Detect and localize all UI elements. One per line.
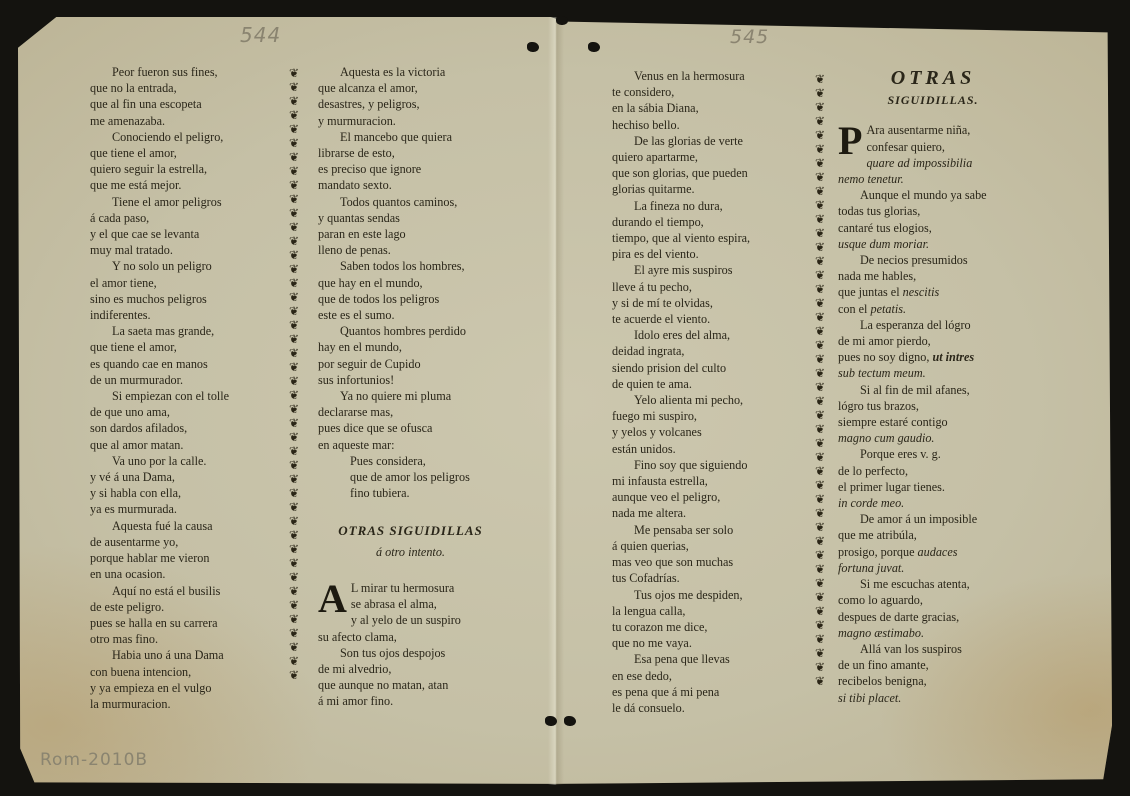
verse-line: despues de darte gracias, [838, 609, 1028, 625]
verse-line: Tus ojos me despiden, [612, 587, 802, 603]
fleuron-icon: ❦ [287, 668, 301, 682]
verse-line: que son glorias, que pueden [612, 165, 802, 181]
fleuron-icon: ❦ [287, 430, 301, 444]
binding-hole [556, 16, 568, 25]
verse-line: de un murmurador. [90, 372, 270, 388]
verse-line: fortuna juvat. [838, 560, 1028, 576]
verse-line: que de amor los peligros [350, 469, 503, 485]
verse-line: tiempo, que al viento espira, [612, 230, 802, 246]
verse-line: Idolo eres del alma, [612, 327, 802, 343]
verse-line: que al amor matan. [90, 437, 270, 453]
verse-line: cantaré tus elogios, [838, 220, 1028, 236]
fleuron-icon: ❦ [287, 192, 301, 206]
fleuron-icon: ❦ [287, 570, 301, 584]
fleuron-icon: ❦ [287, 458, 301, 472]
fleuron-icon: ❦ [287, 220, 301, 234]
fleuron-icon: ❦ [813, 506, 827, 520]
fleuron-icon: ❦ [813, 72, 827, 86]
fleuron-icon: ❦ [813, 268, 827, 282]
verse-line: son dardos afilados, [90, 420, 270, 436]
verse-line: Ara ausentarme niña, [838, 122, 1028, 138]
verse-line: Porque eres v. g. [838, 446, 1028, 462]
verse-line: es quando cae en manos [90, 356, 270, 372]
verse-line: La fineza no dura, [612, 198, 802, 214]
verse-line: Peor fueron sus fines, [90, 64, 270, 80]
verse-line: quiero apartarme, [612, 149, 802, 165]
verse-line: De las glorias de verte [612, 133, 802, 149]
verse-line: y vé á una Dama, [90, 469, 270, 485]
verse-line: y quantas sendas [318, 210, 503, 226]
fleuron-icon: ❦ [287, 416, 301, 430]
fleuron-icon: ❦ [287, 80, 301, 94]
verse-line: indiferentes. [90, 307, 270, 323]
verse-line: este es el sumo. [318, 307, 503, 323]
verse-line: pues dice que se ofusca [318, 420, 503, 436]
binding-hole [564, 716, 576, 726]
binding-hole [588, 42, 600, 52]
verse-line: Tiene el amor peligros [90, 194, 270, 210]
fleuron-icon: ❦ [287, 598, 301, 612]
verse-line: hay en el mundo, [318, 339, 503, 355]
verse-line: hechiso bello. [612, 117, 802, 133]
fleuron-icon: ❦ [813, 100, 827, 114]
verse-line: Pues considera, [350, 453, 503, 469]
verse-line: en una ocasion. [90, 566, 270, 582]
fleuron-icon: ❦ [813, 380, 827, 394]
fleuron-icon: ❦ [813, 212, 827, 226]
verse-line: que no me vaya. [612, 635, 802, 651]
fleuron-icon: ❦ [287, 346, 301, 360]
verse-line: magno æstimabo. [838, 625, 1028, 641]
verse-line: lógro tus brazos, [838, 398, 1028, 414]
fleuron-icon: ❦ [287, 234, 301, 248]
fleuron-icon: ❦ [287, 94, 301, 108]
verse-line: pues se halla en su carrera [90, 615, 270, 631]
fleuron-icon: ❦ [813, 254, 827, 268]
verse-line: en aqueste mar: [318, 437, 503, 453]
handwritten-page-number-right: 545 [730, 26, 769, 48]
left-page-column-1: Peor fueron sus fines,que no la entrada,… [90, 64, 270, 712]
fleuron-icon: ❦ [287, 164, 301, 178]
verse-line: Fino soy que siguiendo [612, 457, 802, 473]
verse-line: Aquesta fué la causa [90, 518, 270, 534]
verse-line: tus Cofadrías. [612, 570, 802, 586]
verse-line: que alcanza el amor, [318, 80, 503, 96]
verse-line: están unidos. [612, 441, 802, 457]
verse-line: y yelos y volcanes [612, 424, 802, 440]
fleuron-icon: ❦ [287, 374, 301, 388]
verse-line: y murmuracion. [318, 113, 503, 129]
verse-line: que aunque no matan, atan [318, 677, 503, 693]
verse-line: declararse mas, [318, 404, 503, 420]
verse-line: aunque veo el peligro, [612, 489, 802, 505]
verse-line: Si al fin de mil afanes, [838, 382, 1028, 398]
verse-line: Allá van los suspiros [838, 641, 1028, 657]
verse-line: pues no soy digno, ut intres [838, 349, 1028, 365]
verse-line: otro mas fino. [90, 631, 270, 647]
fleuron-icon: ❦ [287, 640, 301, 654]
verse-line: librarse de esto, [318, 145, 503, 161]
section-subtitle: SIGUIDILLAS. [838, 92, 1028, 108]
right-page-column-2: OTRAS SIGUIDILLAS. P Ara ausentarme niña… [838, 70, 1028, 706]
verse-line: Saben todos los hombres, [318, 258, 503, 274]
verse-line: su afecto clama, [318, 629, 503, 645]
verse-line: que hay en el mundo, [318, 275, 503, 291]
verse-line: de ausentarme yo, [90, 534, 270, 550]
fleuron-icon: ❦ [287, 290, 301, 304]
section-title: OTRAS SIGUIDILLAS [318, 523, 503, 539]
verse-line: Esa pena que llevas [612, 651, 802, 667]
verse-line: La saeta mas grande, [90, 323, 270, 339]
fleuron-icon: ❦ [287, 136, 301, 150]
verse-line: sus infortunios! [318, 372, 503, 388]
fleuron-icon: ❦ [813, 492, 827, 506]
handwritten-catalog-mark: Rom-2010B [40, 750, 148, 770]
verse-line: Yelo alienta mi pecho, [612, 392, 802, 408]
fleuron-icon: ❦ [813, 240, 827, 254]
verse-line: de mi amor pierdo, [838, 333, 1028, 349]
verse-line: en ese dedo, [612, 668, 802, 684]
verse-line: el primer lugar tienes. [838, 479, 1028, 495]
verse-line: que al fin una escopeta [90, 96, 270, 112]
fleuron-icon: ❦ [813, 562, 827, 576]
verse-line: me amenazaba. [90, 113, 270, 129]
fleuron-icon: ❦ [813, 646, 827, 660]
fleuron-icon: ❦ [813, 184, 827, 198]
fleuron-icon: ❦ [813, 660, 827, 674]
verse-line: con el petatis. [838, 301, 1028, 317]
verse-line: te considero, [612, 84, 802, 100]
verse-line: siendo prision del culto [612, 360, 802, 376]
verse-line: si tibi placet. [838, 690, 1028, 706]
verse-line: pira es del viento. [612, 246, 802, 262]
fleuron-icon: ❦ [813, 604, 827, 618]
fleuron-icon: ❦ [813, 464, 827, 478]
verse-line: siempre estaré contigo [838, 414, 1028, 430]
fleuron-icon: ❦ [813, 282, 827, 296]
center-fold [548, 17, 564, 785]
section-subtitle: á otro intento. [318, 544, 503, 560]
verse-line: paran en este lago [318, 226, 503, 242]
verse-line: con buena intencion, [90, 664, 270, 680]
fleuron-icon: ❦ [287, 612, 301, 626]
verse-line: á quien querias, [612, 538, 802, 554]
verse-line: de quien te ama. [612, 376, 802, 392]
fleuron-icon: ❦ [287, 108, 301, 122]
verse-line: de mi alvedrio, [318, 661, 503, 677]
verse-line: durando el tiempo, [612, 214, 802, 230]
verse-line: mandato sexto. [318, 177, 503, 193]
handwritten-page-number-left: 544 [240, 23, 281, 47]
verse-line: quiero seguir la estrella, [90, 161, 270, 177]
fleuron-icon: ❦ [287, 360, 301, 374]
fleuron-icon: ❦ [813, 156, 827, 170]
verse-line: como lo aguardo, [838, 592, 1028, 608]
fleuron-icon: ❦ [813, 324, 827, 338]
verse-line: que me atribúla, [838, 527, 1028, 543]
verse-line: De amor á un imposible [838, 511, 1028, 527]
fleuron-icon: ❦ [813, 394, 827, 408]
verse-line: la murmuracion. [90, 696, 270, 712]
verse-line: fino tubiera. [350, 485, 503, 501]
verse-line: es pena que á mi pena [612, 684, 802, 700]
verse-line: De necios presumidos [838, 252, 1028, 268]
fleuron-icon: ❦ [813, 436, 827, 450]
fleuron-icon: ❦ [287, 584, 301, 598]
verse-line: sub tectum meum. [838, 365, 1028, 381]
fleuron-icon: ❦ [287, 262, 301, 276]
verse-line: el amor tiene, [90, 275, 270, 291]
binding-hole [545, 716, 557, 726]
verse-line: mi infausta estrella, [612, 473, 802, 489]
verse-line: de este peligro. [90, 599, 270, 615]
verse-line: confesar quiero, [838, 139, 1028, 155]
fleuron-icon: ❦ [287, 318, 301, 332]
section-title: OTRAS [838, 70, 1028, 86]
fleuron-icon: ❦ [287, 444, 301, 458]
verse-line: ya es murmurada. [90, 501, 270, 517]
verse-line: y si habla con ella, [90, 485, 270, 501]
fleuron-icon: ❦ [287, 276, 301, 290]
fleuron-icon: ❦ [813, 408, 827, 422]
fleuron-icon: ❦ [813, 296, 827, 310]
verse-line: todas tus glorias, [838, 203, 1028, 219]
verse-line: Si empiezan con el tolle [90, 388, 270, 404]
section-poem: A L mirar tu hermosurase abrasa el alma,… [318, 580, 503, 710]
verse-line: que de todos los peligros [318, 291, 503, 307]
verse-line: sino es muchos peligros [90, 291, 270, 307]
fleuron-icon: ❦ [813, 520, 827, 534]
verse-line: nada me altera. [612, 505, 802, 521]
fleuron-icon: ❦ [813, 632, 827, 646]
fleuron-icon: ❦ [287, 248, 301, 262]
poem-stanzas: Aquesta es la victoriaque alcanza el amo… [318, 64, 503, 453]
drop-cap: A [318, 582, 347, 616]
fleuron-icon: ❦ [287, 66, 301, 80]
fleuron-icon: ❦ [287, 332, 301, 346]
verse-line: Quantos hombres perdido [318, 323, 503, 339]
fleuron-icon: ❦ [813, 590, 827, 604]
verse-line: Habia uno á una Dama [90, 647, 270, 663]
verse-line: lleve á tu pecho, [612, 279, 802, 295]
fleuron-icon: ❦ [813, 534, 827, 548]
verse-line: Aquesta es la victoria [318, 64, 503, 80]
fleuron-icon: ❦ [813, 422, 827, 436]
verse-line: Aunque el mundo ya sabe [838, 187, 1028, 203]
verse-line: te acuerde el viento. [612, 311, 802, 327]
verse-line: Me pensaba ser solo [612, 522, 802, 538]
fleuron-icon: ❦ [287, 542, 301, 556]
verse-line: le dá consuelo. [612, 700, 802, 716]
verse-line: que tiene el amor, [90, 339, 270, 355]
verse-line: por seguir de Cupido [318, 356, 503, 372]
verse-line: nada me hables, [838, 268, 1028, 284]
verse-line: prosigo, porque audaces [838, 544, 1028, 560]
fleuron-icon: ❦ [287, 206, 301, 220]
right-page-column-1: Venus en la hermosurate considero,en la … [612, 68, 802, 716]
drop-cap: P [838, 124, 862, 158]
fleuron-icon: ❦ [813, 226, 827, 240]
verse-line: en la sábia Diana, [612, 100, 802, 116]
verse-line: Va uno por la calle. [90, 453, 270, 469]
verse-line: Conociendo el peligro, [90, 129, 270, 145]
verse-line: porque hablar me vieron [90, 550, 270, 566]
left-page-column-2: Aquesta es la victoriaque alcanza el amo… [318, 64, 503, 710]
verse-line: Aquí no está el busilis [90, 583, 270, 599]
fleuron-icon: ❦ [287, 528, 301, 542]
verse-line: y ya empieza en el vulgo [90, 680, 270, 696]
fleuron-icon: ❦ [287, 514, 301, 528]
verse-line: glorias quitarme. [612, 181, 802, 197]
fleuron-icon: ❦ [813, 366, 827, 380]
verse-line: deidad ingrata, [612, 343, 802, 359]
verse-line: á cada paso, [90, 210, 270, 226]
poem-body: P Ara ausentarme niña,confesar quiero,qu… [838, 122, 1028, 705]
verse-line: magno cum gaudio. [838, 430, 1028, 446]
verse-line: recibelos benigna, [838, 673, 1028, 689]
verse-line: tu corazon me dice, [612, 619, 802, 635]
verse-line: mas veo que son muchas [612, 554, 802, 570]
verse-line: El ayre mis suspiros [612, 262, 802, 278]
fleuron-icon: ❦ [287, 304, 301, 318]
verse-line: Ya no quiere mi pluma [318, 388, 503, 404]
verse-line: La esperanza del lógro [838, 317, 1028, 333]
fleuron-icon: ❦ [813, 114, 827, 128]
verse-line: y si de mí te olvidas, [612, 295, 802, 311]
fleuron-icon: ❦ [813, 198, 827, 212]
verse-line: quare ad impossibilia [838, 155, 1028, 171]
verse-line: Venus en la hermosura [612, 68, 802, 84]
fleuron-icon: ❦ [287, 150, 301, 164]
fleuron-icon: ❦ [287, 500, 301, 514]
fleuron-icon: ❦ [813, 352, 827, 366]
poem-closing: Pues considera,que de amor los peligrosf… [318, 453, 503, 502]
fleuron-icon: ❦ [813, 450, 827, 464]
fleuron-icon: ❦ [287, 654, 301, 668]
verse-line: usque dum moriar. [838, 236, 1028, 252]
verse-line: Si me escuchas atenta, [838, 576, 1028, 592]
verse-line: á mi amor fino. [318, 693, 503, 709]
fleuron-icon: ❦ [813, 86, 827, 100]
fleuron-icon: ❦ [287, 472, 301, 486]
verse-line: de que uno ama, [90, 404, 270, 420]
fleuron-icon: ❦ [287, 556, 301, 570]
verse-line: que tiene el amor, [90, 145, 270, 161]
verse-line: de lo perfecto, [838, 463, 1028, 479]
fleuron-icon: ❦ [287, 122, 301, 136]
verse-line: que no la entrada, [90, 80, 270, 96]
fleuron-icon: ❦ [287, 178, 301, 192]
verse-line: in corde meo. [838, 495, 1028, 511]
verse-line: nemo tenetur. [838, 171, 1028, 187]
fleuron-icon: ❦ [287, 402, 301, 416]
verse-line: lleno de penas. [318, 242, 503, 258]
verse-line: la lengua calla, [612, 603, 802, 619]
fleuron-icon: ❦ [813, 310, 827, 324]
verse-line: y el que cae se levanta [90, 226, 270, 242]
binding-hole [527, 42, 539, 52]
verse-line: Y no solo un peligro [90, 258, 270, 274]
fleuron-icon: ❦ [287, 486, 301, 500]
fleuron-icon: ❦ [287, 388, 301, 402]
verse-line: Son tus ojos despojos [318, 645, 503, 661]
fleuron-icon: ❦ [813, 618, 827, 632]
ornamental-border-left: ❦❦❦❦❦❦❦❦❦❦❦❦❦❦❦❦❦❦❦❦❦❦❦❦❦❦❦❦❦❦❦❦❦❦❦❦❦❦❦❦… [287, 66, 301, 682]
verse-line: fuego mi suspiro, [612, 408, 802, 424]
fleuron-icon: ❦ [813, 170, 827, 184]
verse-line: que me está mejor. [90, 177, 270, 193]
verse-line: es preciso que ignore [318, 161, 503, 177]
verse-line: desastres, y peligros, [318, 96, 503, 112]
verse-line: que juntas el nescitis [838, 284, 1028, 300]
fleuron-icon: ❦ [813, 338, 827, 352]
verse-line: muy mal tratado. [90, 242, 270, 258]
fleuron-icon: ❦ [813, 478, 827, 492]
verse-line: El mancebo que quiera [318, 129, 503, 145]
verse-line: de un fino amante, [838, 657, 1028, 673]
fleuron-icon: ❦ [813, 674, 827, 688]
fleuron-icon: ❦ [813, 128, 827, 142]
fleuron-icon: ❦ [813, 576, 827, 590]
ornamental-border-right: ❦❦❦❦❦❦❦❦❦❦❦❦❦❦❦❦❦❦❦❦❦❦❦❦❦❦❦❦❦❦❦❦❦❦❦❦❦❦❦❦… [813, 72, 827, 688]
fleuron-icon: ❦ [287, 626, 301, 640]
fleuron-icon: ❦ [813, 142, 827, 156]
fleuron-icon: ❦ [813, 548, 827, 562]
verse-line: Todos quantos caminos, [318, 194, 503, 210]
